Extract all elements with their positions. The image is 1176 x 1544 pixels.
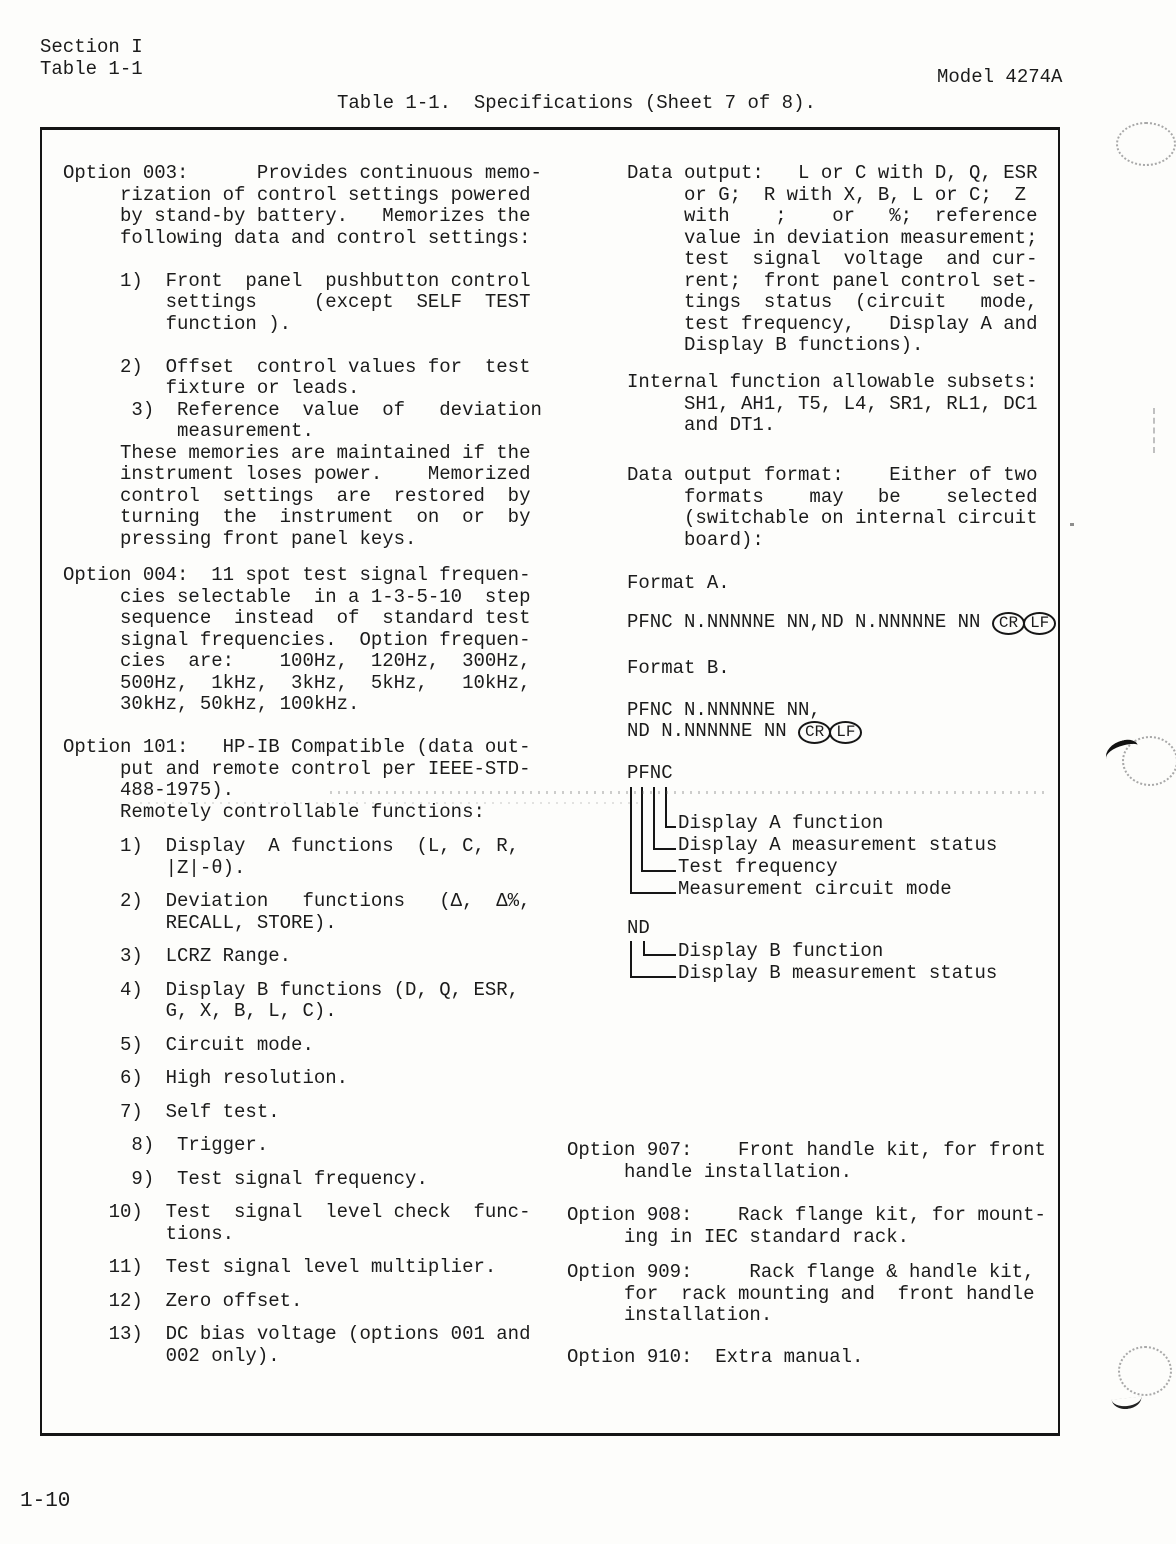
text-line: settings (except SELF TEST	[63, 292, 542, 314]
text-line: 12) Zero offset.	[63, 1291, 530, 1313]
list-item: 11) Test signal level multiplier.	[63, 1257, 530, 1279]
text-line: sequence instead of standard test	[63, 608, 530, 630]
text-line: tions.	[63, 1224, 530, 1246]
text-line: measurement.	[63, 421, 542, 443]
pfnc-label-display-a-function: Display A function	[678, 812, 883, 834]
data-output-block: Data output: L or C with D, Q, ESR or G;…	[627, 163, 1037, 357]
text-line: 5) Circuit mode.	[63, 1035, 530, 1057]
option-910-block: Option 910: Extra manual.	[567, 1347, 863, 1369]
format-b-text: ND N.NNNNNE NN	[627, 720, 798, 742]
text-line: or G; R with X, B, L or C; Z	[627, 185, 1037, 207]
list-item: 9) Test signal frequency.	[63, 1169, 530, 1191]
format-b-string-line1: PFNC N.NNNNNE NN,	[627, 700, 821, 722]
nd-label-display-b-status: Display B measurement status	[678, 962, 997, 984]
scan-speck	[1070, 523, 1074, 526]
text-line: cies are: 100Hz, 120Hz, 300Hz,	[63, 651, 530, 673]
text-line: rization of control settings powered	[63, 185, 542, 207]
text-line: installation.	[567, 1305, 1034, 1327]
lf-circled-badge: LF	[1023, 612, 1056, 635]
list-item: 1) Display A functions (L, C, R, |Z|-θ).	[63, 836, 530, 879]
text-line: Option 003: Provides continuous memo-	[63, 163, 542, 185]
text-line: |Z|-θ).	[63, 858, 530, 880]
data-output-format-block: Data output format: Either of two format…	[627, 465, 1037, 551]
text-line: 002 only).	[63, 1346, 530, 1368]
option-909-block: Option 909: Rack flange & handle kit, fo…	[567, 1262, 1034, 1327]
scanned-manual-page: { "header": { "section": "Section I", "t…	[0, 0, 1176, 1544]
text-line: value in deviation measurement;	[627, 228, 1037, 250]
nd-code-head: ND	[627, 918, 650, 940]
text-line: 4) Display B functions (D, Q, ESR,	[63, 980, 530, 1002]
cr-circled-badge: CR	[798, 721, 831, 744]
text-line: pressing front panel keys.	[63, 529, 542, 551]
text-line: 7) Self test.	[63, 1102, 530, 1124]
text-line: Option 101: HP-IB Compatible (data out-	[63, 737, 530, 759]
text-line: 2) Deviation functions (Δ, Δ%,	[63, 891, 530, 913]
text-line: and DT1.	[627, 415, 1037, 437]
text-line: test signal voltage and cur-	[627, 249, 1037, 271]
text-line: 30kHz, 50kHz, 100kHz.	[63, 694, 530, 716]
text-line	[63, 249, 542, 271]
text-line: 6) High resolution.	[63, 1068, 530, 1090]
text-line: 500Hz, 1kHz, 3kHz, 5kHz, 10kHz,	[63, 673, 530, 695]
pfnc-label-display-a-status: Display A measurement status	[678, 834, 997, 856]
text-line: Option 907: Front handle kit, for front	[567, 1140, 1046, 1162]
text-line: Data output format: Either of two	[627, 465, 1037, 487]
list-item: 4) Display B functions (D, Q, ESR, G, X,…	[63, 980, 530, 1023]
remote-functions-list: 1) Display A functions (L, C, R, |Z|-θ).…	[63, 836, 530, 1379]
page-number: 1-10	[20, 1490, 70, 1513]
text-line: SH1, AH1, T5, L4, SR1, RL1, DC1	[627, 394, 1037, 416]
scan-line-artifact	[1153, 408, 1155, 453]
text-line: 13) DC bias voltage (options 001 and	[63, 1324, 530, 1346]
text-line: board):	[627, 530, 1037, 552]
text-line: function ).	[63, 314, 542, 336]
punch-hole-artifact-bottom	[1118, 1346, 1172, 1396]
text-line: 9) Test signal frequency.	[63, 1169, 530, 1191]
model-label: Model 4274A	[937, 66, 1062, 88]
text-line: 3) LCRZ Range.	[63, 946, 530, 968]
list-item: 12) Zero offset.	[63, 1291, 530, 1313]
lf-circled-badge: LF	[829, 721, 862, 744]
text-line: by stand-by battery. Memorizes the	[63, 206, 542, 228]
text-line: ing in IEC standard rack.	[567, 1227, 1046, 1249]
text-line	[63, 335, 542, 357]
text-line: 1) Front panel pushbutton control	[63, 271, 542, 293]
option-908-block: Option 908: Rack flange kit, for mount- …	[567, 1205, 1046, 1248]
pfnc-label-test-frequency: Test frequency	[678, 856, 838, 878]
text-line: 2) Offset control values for test	[63, 357, 542, 379]
nd-connector-display-b-status	[630, 941, 676, 978]
nd-label-display-b-function: Display B function	[678, 940, 883, 962]
text-line: Option 908: Rack flange kit, for mount-	[567, 1205, 1046, 1227]
text-line: instrument loses power. Memorized	[63, 464, 542, 486]
text-line: signal frequencies. Option frequen-	[63, 630, 530, 652]
text-line: G, X, B, L, C).	[63, 1001, 530, 1023]
pfnc-label-circuit-mode: Measurement circuit mode	[678, 878, 952, 900]
ink-mark-artifact-bottom	[1112, 1396, 1143, 1410]
section-label: Section I	[40, 36, 143, 58]
text-line: rent; front panel control set-	[627, 271, 1037, 293]
text-line: 10) Test signal level check func-	[63, 1202, 530, 1224]
text-line: tings status (circuit mode,	[627, 292, 1037, 314]
text-line: Data output: L or C with D, Q, ESR	[627, 163, 1037, 185]
option-003-block: Option 003: Provides continuous memo- ri…	[63, 163, 542, 550]
text-line: (switchable on internal circuit	[627, 508, 1037, 530]
pfnc-code-head: PFNC	[627, 763, 673, 785]
text-line: with ; or %; reference	[627, 206, 1037, 228]
scan-noise-band-2	[140, 802, 640, 804]
text-line: for rack mounting and front handle	[567, 1284, 1034, 1306]
option-004-block: Option 004: 11 spot test signal frequen-…	[63, 565, 530, 716]
text-line: 1) Display A functions (L, C, R,	[63, 836, 530, 858]
text-line: 8) Trigger.	[63, 1135, 530, 1157]
punch-hole-artifact-top	[1116, 122, 1176, 166]
text-line: 11) Test signal level multiplier.	[63, 1257, 530, 1279]
format-b-label: Format B.	[627, 658, 730, 680]
text-line: control settings are restored by	[63, 486, 542, 508]
text-line: fixture or leads.	[63, 378, 542, 400]
list-item: 8) Trigger.	[63, 1135, 530, 1157]
list-item: 3) LCRZ Range.	[63, 946, 530, 968]
list-item: 10) Test signal level check func- tions.	[63, 1202, 530, 1245]
table-ref-label: Table 1-1	[40, 58, 143, 80]
format-a-string: PFNC N.NNNNNE NN,ND N.NNNNNE NN CRLF	[627, 612, 1054, 635]
text-line: formats may be selected	[627, 487, 1037, 509]
text-line: Option 909: Rack flange & handle kit,	[567, 1262, 1034, 1284]
text-line: cies selectable in a 1-3-5-10 step	[63, 587, 530, 609]
text-line: handle installation.	[567, 1162, 1046, 1184]
text-line: put and remote control per IEEE-STD-	[63, 759, 530, 781]
text-line: 3) Reference value of deviation	[63, 400, 542, 422]
format-a-text: PFNC N.NNNNNE NN,ND N.NNNNNE NN	[627, 611, 992, 633]
option-101-block: Option 101: HP-IB Compatible (data out- …	[63, 737, 530, 823]
list-item: 5) Circuit mode.	[63, 1035, 530, 1057]
internal-subsets-block: Internal function allowable subsets: SH1…	[627, 372, 1037, 437]
text-line: Option 910: Extra manual.	[567, 1347, 863, 1369]
text-line: Internal function allowable subsets:	[627, 372, 1037, 394]
text-line: Display B functions).	[627, 335, 1037, 357]
list-item: 2) Deviation functions (Δ, Δ%, RECALL, S…	[63, 891, 530, 934]
list-item: 6) High resolution.	[63, 1068, 530, 1090]
cr-circled-badge: CR	[992, 612, 1025, 635]
text-line: RECALL, STORE).	[63, 913, 530, 935]
text-line: following data and control settings:	[63, 228, 542, 250]
format-b-string-line2: ND N.NNNNNE NN CRLF	[627, 721, 860, 744]
option-907-block: Option 907: Front handle kit, for front …	[567, 1140, 1046, 1183]
text-line: These memories are maintained if the	[63, 443, 542, 465]
text-line: turning the instrument on or by	[63, 507, 542, 529]
format-a-label: Format A.	[627, 573, 730, 595]
list-item: 7) Self test.	[63, 1102, 530, 1124]
page-title: Table 1-1. Specifications (Sheet 7 of 8)…	[337, 92, 816, 114]
list-item: 13) DC bias voltage (options 001 and 002…	[63, 1324, 530, 1367]
text-line: Remotely controllable functions:	[63, 802, 530, 824]
text-line: Option 004: 11 spot test signal frequen-	[63, 565, 530, 587]
scan-noise-band	[330, 791, 1045, 794]
text-line: test frequency, Display A and	[627, 314, 1037, 336]
